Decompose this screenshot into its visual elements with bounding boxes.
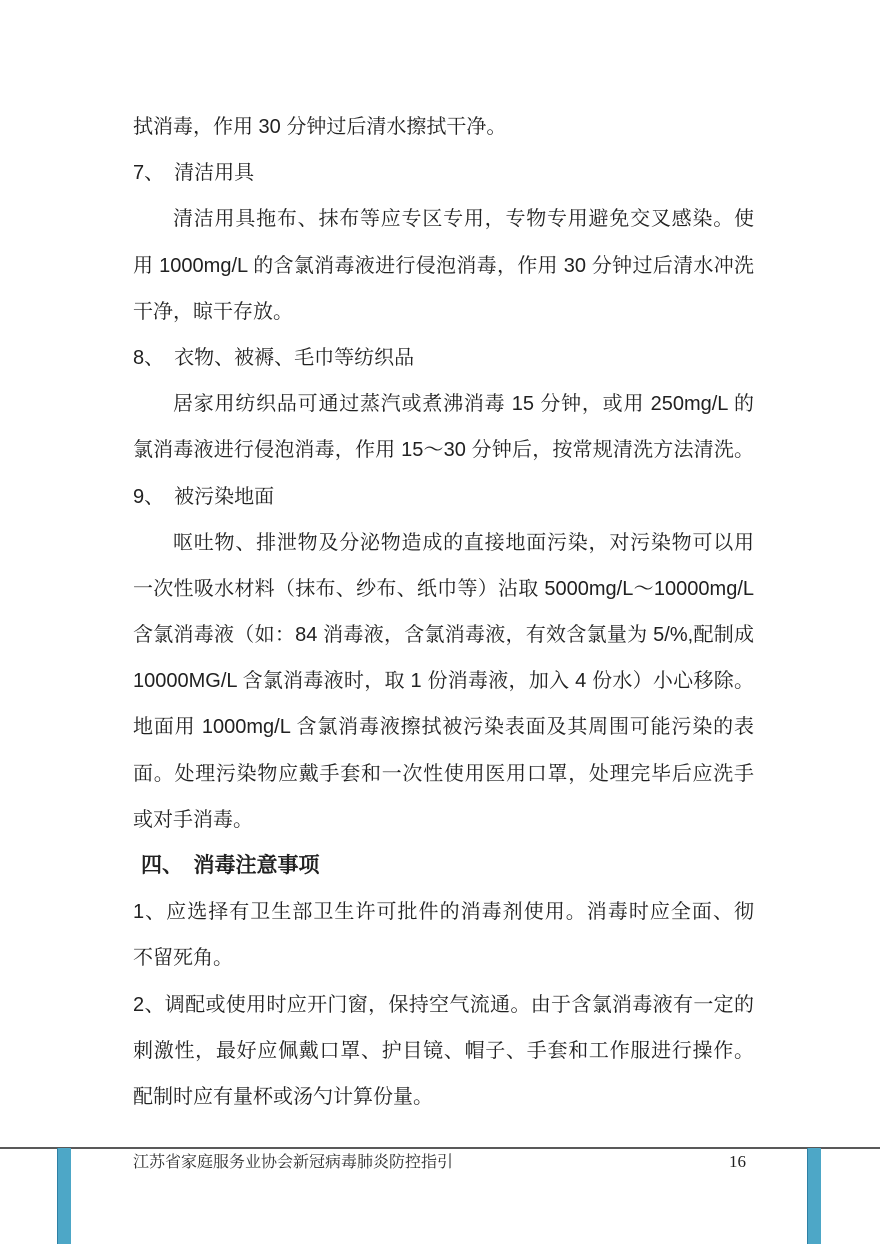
text-line: 含氯消毒液（如：84 消毒液，含氯消毒液，有效含氯量为 5/%,配制成 bbox=[133, 612, 754, 658]
text-line: 干净，晾干存放。 bbox=[133, 289, 754, 335]
accent-bar-left bbox=[57, 1148, 71, 1244]
item-9-heading: 9、 被污染地面 bbox=[133, 474, 754, 520]
text-line: 面。处理污染物应戴手套和一次性使用医用口罩，处理完毕后应洗手 bbox=[133, 751, 754, 797]
accent-bar-right bbox=[807, 1148, 821, 1244]
text-line: 2、调配或使用时应开门窗，保持空气流通。由于含氯消毒液有一定的 bbox=[133, 982, 754, 1028]
item-7-heading: 7、 清洁用具 bbox=[133, 150, 754, 196]
body-text: 拭消毒，作用 30 分钟过后清水擦拭干净。 7、 清洁用具 清洁用具拖布、抹布等… bbox=[133, 104, 754, 1120]
text-line: 居家用纺织品可通过蒸汽或煮沸消毒 15 分钟，或用 250mg/L 的含 bbox=[133, 381, 754, 427]
text-line: 地面用 1000mg/L 含氯消毒液擦拭被污染表面及其周围可能污染的表 bbox=[133, 704, 754, 750]
section-4-heading: 四、 消毒注意事项 bbox=[133, 843, 754, 889]
text-line: 呕吐物、排泄物及分泌物造成的直接地面污染，对污染物可以用 bbox=[133, 520, 754, 566]
text-line: 拭消毒，作用 30 分钟过后清水擦拭干净。 bbox=[133, 104, 754, 150]
footer-divider-line bbox=[0, 1147, 880, 1149]
item-8-heading: 8、 衣物、被褥、毛巾等纺织品 bbox=[133, 335, 754, 381]
text-line: 1、应选择有卫生部卫生许可批件的消毒剂使用。消毒时应全面、彻底， bbox=[133, 889, 754, 935]
text-line: 刺激性，最好应佩戴口罩、护目镜、帽子、手套和工作服进行操作。 bbox=[133, 1028, 754, 1074]
text-line: 10000MG/L 含氯消毒液时，取 1 份消毒液，加入 4 份水）小心移除。 bbox=[133, 658, 754, 704]
footer-title: 江苏省家庭服务业协会新冠病毒肺炎防控指引 bbox=[133, 1152, 453, 1174]
text-line: 氯消毒液进行侵泡消毒，作用 15～30 分钟后，按常规清洗方法清洗。 bbox=[133, 427, 754, 473]
text-line: 配制时应有量杯或汤勺计算份量。 bbox=[133, 1074, 754, 1120]
text-line: 一次性吸水材料（抹布、纱布、纸巾等）沾取 5000mg/L～10000mg/L bbox=[133, 566, 754, 612]
text-line: 不留死角。 bbox=[133, 935, 754, 981]
document-page: 拭消毒，作用 30 分钟过后清水擦拭干净。 7、 清洁用具 清洁用具拖布、抹布等… bbox=[0, 0, 880, 1244]
text-line: 或对手消毒。 bbox=[133, 797, 754, 843]
text-line: 用 1000mg/L 的含氯消毒液进行侵泡消毒，作用 30 分钟过后清水冲洗 bbox=[133, 243, 754, 289]
page-number: 16 bbox=[700, 1151, 746, 1173]
text-line: 清洁用具拖布、抹布等应专区专用，专物专用避免交叉感染。使 bbox=[133, 196, 754, 242]
